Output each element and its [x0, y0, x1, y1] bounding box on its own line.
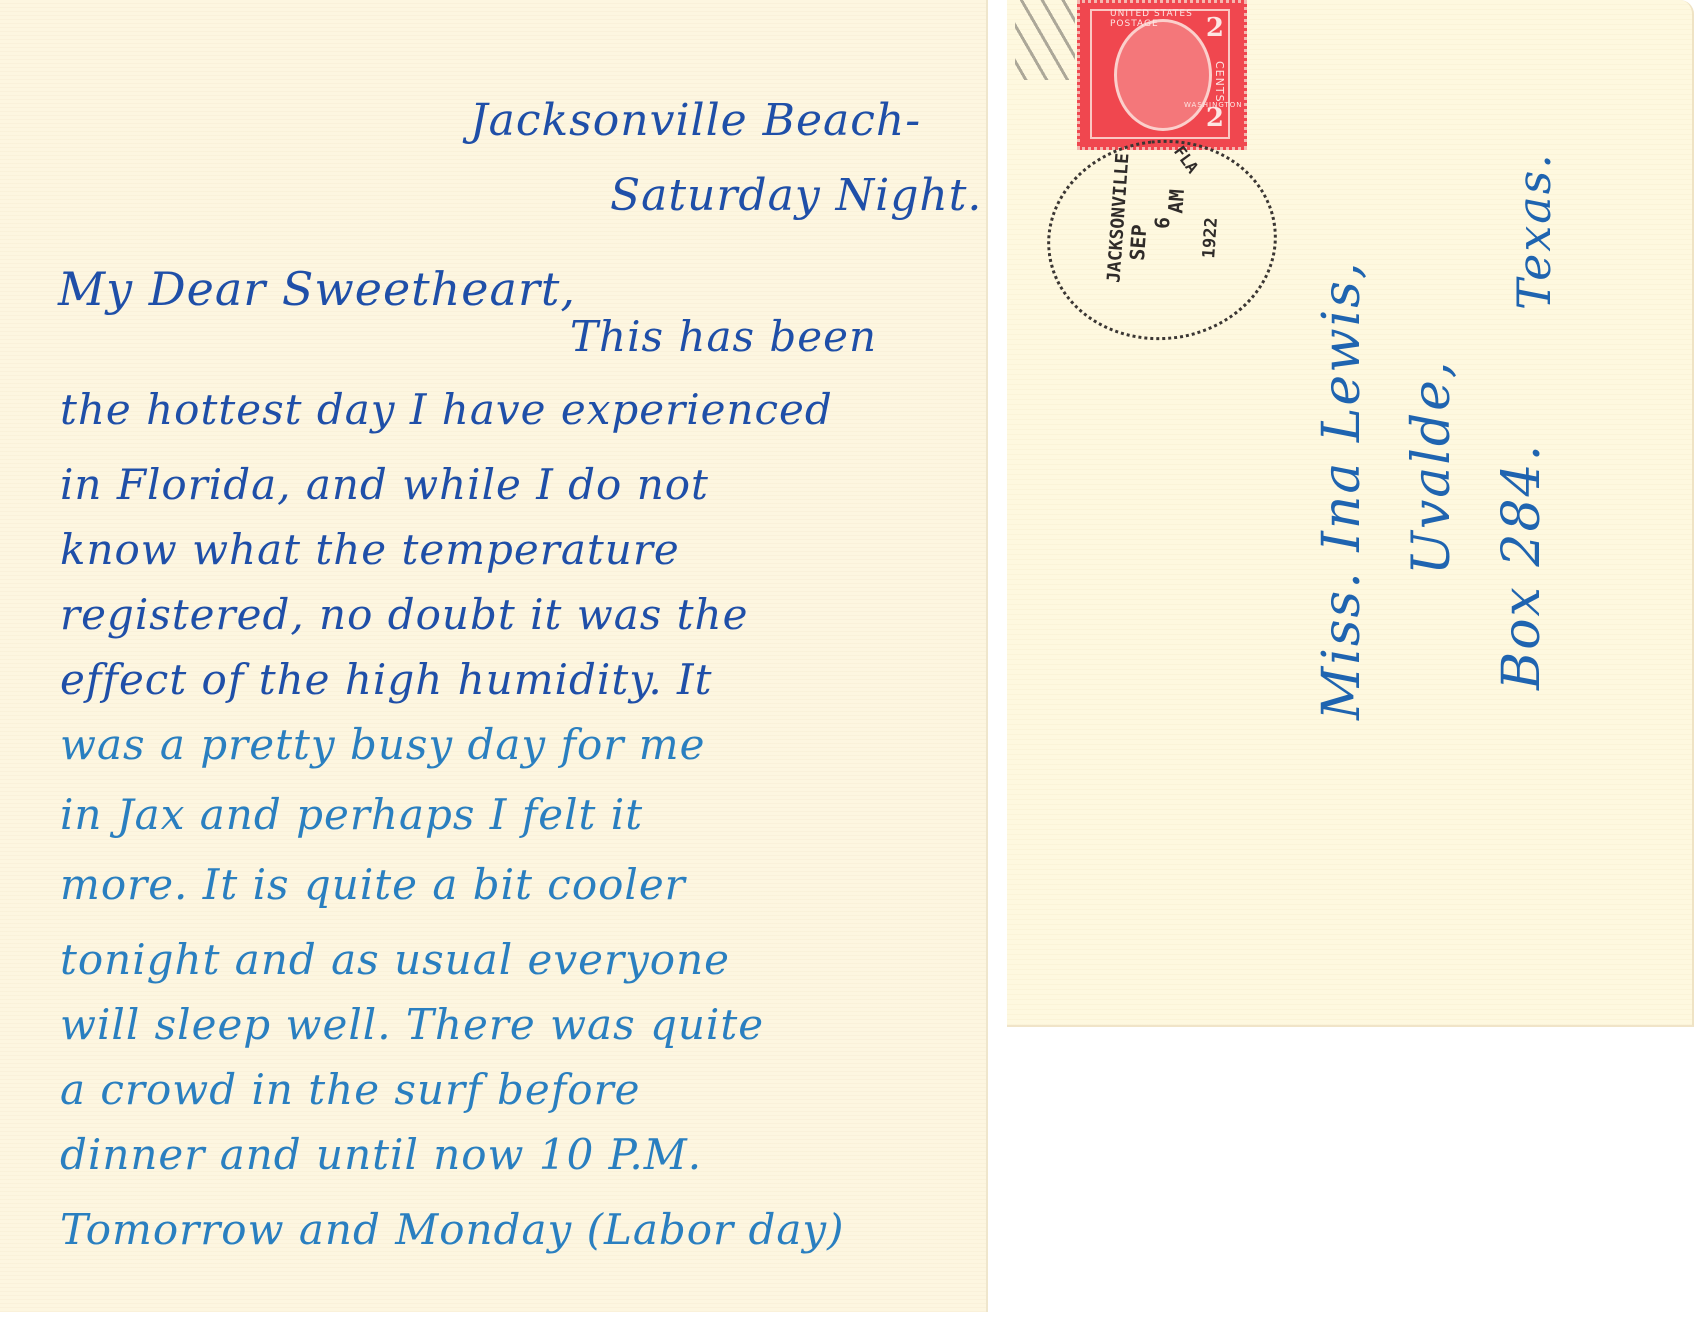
letter-line: Tomorrow and Monday (Labor day) [60, 1205, 845, 1254]
address-state: Texas. [1507, 152, 1561, 310]
postmark-time: AM [1163, 188, 1189, 214]
letter-line: will sleep well. There was quite [60, 1000, 764, 1049]
cancellation-marks [1015, 0, 1075, 80]
letter-line: in Jax and perhaps I felt it [60, 790, 643, 839]
postmark-day: 6 [1150, 216, 1175, 230]
address-city: Uvalde, [1402, 360, 1462, 575]
letter-line: the hottest day I have experienced [60, 385, 833, 434]
letter-line: a crowd in the surf before [60, 1065, 641, 1114]
postmark-state: FLA [1170, 142, 1202, 177]
stamp-denomination-top: 2 [1206, 13, 1224, 43]
envelope: UNITED STATES POSTAGE WASHINGTON 2 CENTS… [1007, 0, 1694, 1027]
postmark-year: 1922 [1199, 217, 1222, 259]
handwritten-letter-page: Jacksonville Beach- Saturday Night. My D… [0, 0, 988, 1312]
address-box: Box 284. [1492, 443, 1552, 690]
letter-line: tonight and as usual everyone [60, 935, 730, 984]
letter-line: more. It is quite a bit cooler [60, 860, 686, 909]
letter-line: in Florida, and while I do not [60, 460, 709, 509]
postmark-city: JACKSONVILLE [1103, 152, 1133, 283]
letter-line: This has been [570, 312, 877, 361]
letter-line: was a pretty busy day for me [60, 720, 705, 769]
letter-line: know what the temperature [60, 525, 680, 574]
letter-line: effect of the high humidity. It [60, 655, 713, 704]
postmark: JACKSONVILLE FLA SEP 6 AM 1922 [1037, 129, 1287, 352]
letter-line: registered, no doubt it was the [60, 590, 748, 639]
stamp-cents-label: CENTS [1213, 61, 1226, 103]
address-recipient-name: Miss. Ina Lewis, [1312, 260, 1372, 720]
letter-salutation: My Dear Sweetheart, [58, 262, 576, 316]
letter-line: dinner and until now 10 P.M. [60, 1130, 702, 1179]
stamp-denomination-bottom: 2 [1206, 103, 1224, 133]
stamp-frame: UNITED STATES POSTAGE WASHINGTON 2 CENTS… [1090, 9, 1230, 139]
postage-stamp: UNITED STATES POSTAGE WASHINGTON 2 CENTS… [1077, 0, 1247, 150]
postmark-month: SEP [1125, 224, 1151, 262]
washington-portrait-icon [1114, 19, 1212, 131]
letter-heading-place: Jacksonville Beach- [470, 95, 921, 146]
letter-heading-day: Saturday Night. [610, 170, 982, 221]
